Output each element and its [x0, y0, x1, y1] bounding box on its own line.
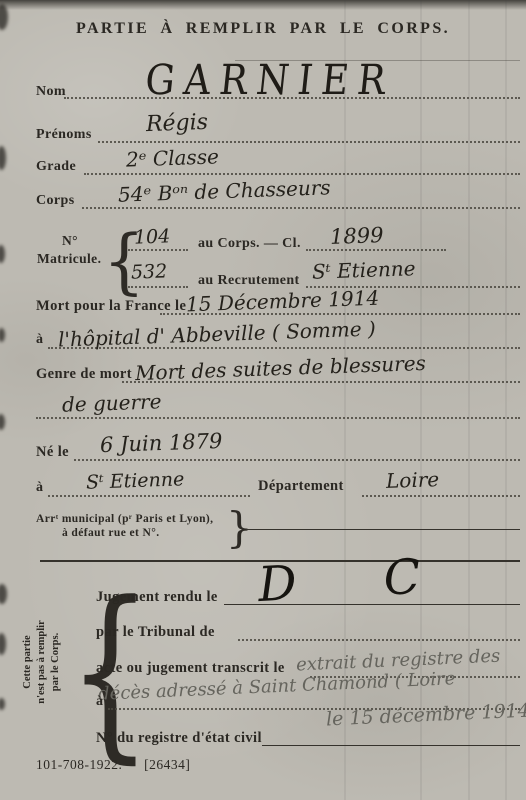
scan-edge-band [0, 0, 526, 10]
dotted-line [36, 417, 520, 419]
mort-lieu-label: à [36, 332, 43, 348]
imprint-footer: 101-708-1922. [26434] [36, 757, 190, 773]
dotted-line [74, 459, 520, 461]
scan-blotch [0, 414, 5, 430]
serial-number: [26434] [144, 757, 190, 772]
dotted-line [98, 141, 520, 143]
dotted-line [84, 173, 520, 175]
field-nom-value: GARNIER [143, 56, 397, 104]
scan-blotch [0, 146, 6, 170]
dotted-line [128, 286, 188, 288]
dotted-line [306, 249, 446, 251]
field-nom-label: Nom [36, 84, 66, 100]
side-note-rotated: Cette partie n'est pas à remplir par le … [21, 582, 73, 742]
naissance-lieu-label: à [36, 480, 43, 496]
field-grade-value: 2ᵉ Classe [126, 144, 220, 171]
matricule-recrutement-place: Sᵗ Etienne [312, 256, 416, 284]
scan-blotch [0, 245, 5, 263]
naissance-label: Né le [36, 444, 69, 461]
imprint-number: 101-708-1922. [36, 757, 122, 772]
arrondissement-brace: } [226, 507, 253, 549]
arrondissement-label-line2: à défaut rue et N°. [62, 527, 159, 539]
scan-blotch [0, 328, 5, 342]
jugement-overlay-handwriting: D C [257, 547, 458, 613]
matricule-no-label: N° [62, 233, 78, 249]
jugement-label: Jugement rendu le [96, 589, 218, 606]
genre-mort-value-line2: de guerre [62, 389, 162, 416]
field-prenoms-label: Prénoms [36, 127, 92, 143]
field-corps-value: 54ᵉ Bᵒⁿ de Chasseurs [118, 175, 331, 206]
registre-label: N° du registre d'état civil [96, 730, 262, 747]
a-label: à [96, 694, 103, 710]
genre-mort-value-line1: Mort des suites de blessures [135, 351, 427, 385]
scan-blotch [0, 633, 6, 655]
scan-blotch [0, 698, 5, 710]
scan-blotch [0, 584, 7, 604]
matricule-label: Matricule. [37, 251, 101, 267]
side-note-line: n'est pas à remplir [35, 582, 49, 742]
naissance-date-value: 6 Juin 1879 [100, 429, 223, 457]
transcrit-label: acte ou jugement transcrit le [96, 660, 285, 677]
naissance-lieu-value: Sᵗ Etienne [86, 468, 185, 493]
tribunal-label: par le Tribunal de [96, 624, 215, 641]
au-recrutement-label: au Recrutement [198, 273, 300, 289]
matricule-corps-number: 104 [134, 225, 171, 248]
paper-fold-line [468, 0, 470, 800]
field-prenoms-value: Régis [146, 110, 209, 137]
genre-mort-label: Genre de mort [36, 366, 132, 383]
field-corps-label: Corps [36, 193, 75, 209]
departement-label: Département [258, 478, 344, 495]
matricule-recrutement-number: 532 [131, 260, 168, 283]
form-title: PARTIE À REMPLIR PAR LE CORPS. [0, 20, 526, 38]
dotted-line [82, 207, 520, 209]
mort-date-value: 15 Décembre 1914 [186, 286, 380, 317]
dotted-line [128, 249, 188, 251]
field-grade-label: Grade [36, 159, 76, 175]
scanned-military-death-record: PARTIE À REMPLIR PAR LE CORPS. Nom GARNI… [0, 0, 526, 800]
side-note-line: Cette partie [21, 582, 35, 742]
arrondissement-label-line1: Arrᵗ municipal (pʳ Paris et Lyon), [36, 513, 213, 525]
dotted-line [48, 495, 250, 497]
ruled-line [246, 529, 520, 530]
ruled-line [262, 745, 520, 746]
side-note-line: par le Corps. [49, 582, 63, 742]
dotted-line [238, 639, 520, 641]
dotted-line [362, 495, 520, 497]
pencil-date: le 15 décembre 1914 [326, 700, 526, 731]
departement-value: Loire [386, 467, 440, 493]
matricule-classe-value: 1899 [330, 223, 384, 249]
au-corps-label: au Corps. — Cl. [198, 236, 301, 252]
paper-fold-line [505, 0, 507, 800]
